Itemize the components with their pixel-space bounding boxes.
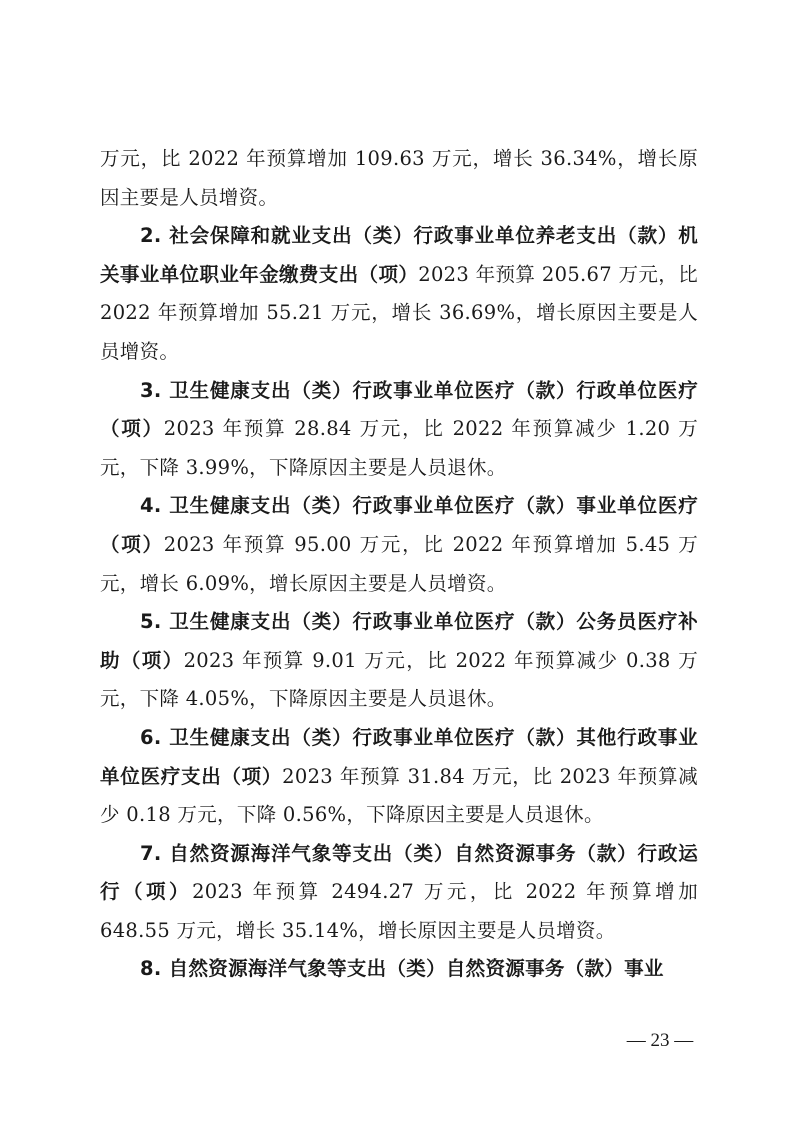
paragraph-item-6: 6. 卫生健康支出（类）行政事业单位医疗（款）其他行政事业单位医疗支出（项）20… [100,719,698,835]
paragraph-item-3: 3. 卫生健康支出（类）行政事业单位医疗（款）行政单位医疗（项）2023 年预算… [100,372,698,488]
paragraph-item-5: 5. 卫生健康支出（类）行政事业单位医疗（款）公务员医疗补助（项）2023 年预… [100,603,698,719]
paragraph-heading: 8. 自然资源海洋气象等支出（类）自然资源事务（款）事业 [140,957,664,980]
paragraph-item-4: 4. 卫生健康支出（类）行政事业单位医疗（款）事业单位医疗（项）2023 年预算… [100,487,698,603]
paragraph-body: 2023 年预算 9.01 万元，比 2022 年预算减少 0.38 万元，下降… [100,649,698,711]
paragraph-item-8: 8. 自然资源海洋气象等支出（类）自然资源事务（款）事业 [100,950,698,989]
paragraph-item-2: 2. 社会保障和就业支出（类）行政事业单位养老支出（款）机关事业单位职业年金缴费… [100,217,698,371]
paragraph-continuation: 万元，比 2022 年预算增加 109.63 万元，增长 36.34%，增长原因… [100,140,698,217]
document-page: 万元，比 2022 年预算增加 109.63 万元，增长 36.34%，增长原因… [100,140,698,989]
paragraph-body: 2023 年预算 28.84 万元，比 2022 年预算减少 1.20 万元，下… [100,417,698,479]
paragraph-item-7: 7. 自然资源海洋气象等支出（类）自然资源事务（款）行政运行（项）2023 年预… [100,835,698,951]
paragraph-body: 2023 年预算 95.00 万元，比 2022 年预算增加 5.45 万元，增… [100,533,698,595]
page-number: — 23 — [620,1030,700,1052]
paragraph-body: 万元，比 2022 年预算增加 109.63 万元，增长 36.34%，增长原因… [100,147,698,209]
